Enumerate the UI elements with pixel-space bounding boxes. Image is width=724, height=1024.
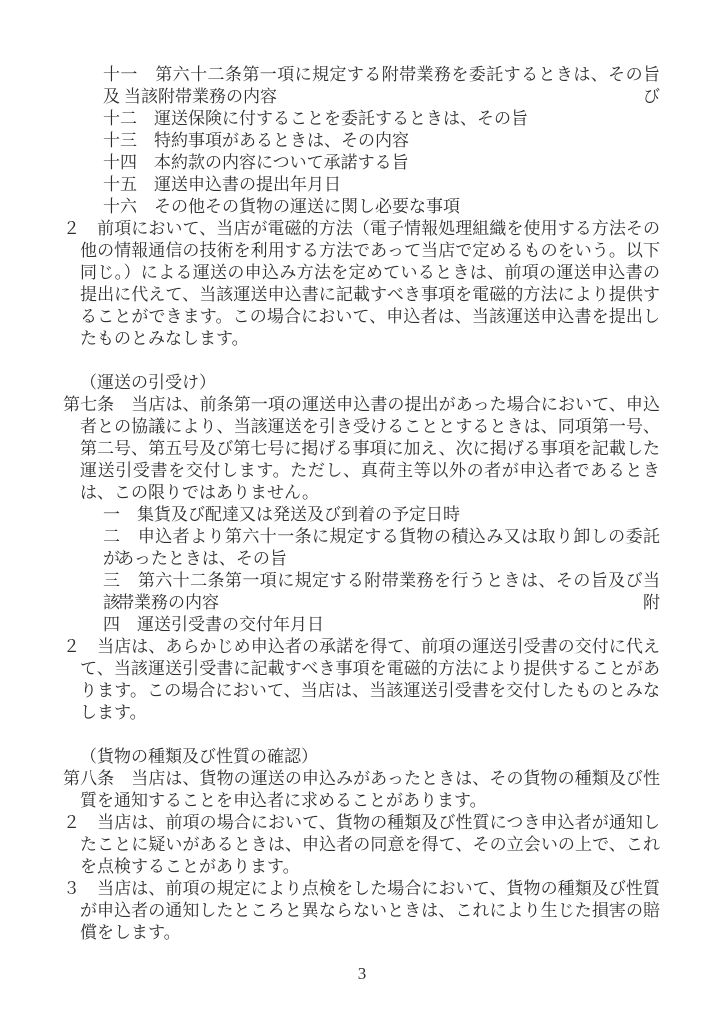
text-line: ２ 前項において、当店が電磁的方法（電子情報処理組織を使用する方法その: [63, 218, 660, 240]
text-line: 運送引受書を交付します。ただし、真荷主等以外の者が申込者であるとき: [63, 460, 660, 482]
document-body: 十一 第六十二条第一項に規定する附帯業務を委託するときは、その旨及び当該附帯業務…: [63, 64, 660, 944]
text-line: 償をします。: [63, 922, 660, 944]
text-line: たことに疑いがあるときは、申込者の同意を得て、その立会いの上で、これ: [63, 834, 660, 856]
text-line: 三 第六十二条第一項に規定する附帯業務を行うときは、その旨及び当該附: [63, 570, 660, 592]
blank-line: [63, 350, 660, 372]
text-line: します。: [63, 702, 660, 724]
text-line: 十四 本約款の内容について承諾する旨: [63, 152, 660, 174]
text-line: 第七条 当店は、前条第一項の運送申込書の提出があった場合において、申込: [63, 394, 660, 416]
text-line: 一 集貨及び配達又は発送及び到着の予定日時: [63, 504, 660, 526]
text-line: （貨物の種類及び性質の確認）: [63, 746, 660, 768]
text-line: あったときは、その旨: [63, 548, 660, 570]
text-line: ２ 当店は、あらかじめ申込者の承諾を得て、前項の運送引受書の交付に代え: [63, 636, 660, 658]
text-line: 四 運送引受書の交付年月日: [63, 614, 660, 636]
text-line: 二 申込者より第六十一条に規定する貨物の積込み又は取り卸しの委託が: [63, 526, 660, 548]
text-line: ３ 当店は、前項の規定により点検をした場合において、貨物の種類及び性質: [63, 878, 660, 900]
page-number: 3: [0, 963, 724, 985]
text-line: て、当該運送引受書に記載すべき事項を電磁的方法により提供することがあ: [63, 658, 660, 680]
text-line: 十五 運送申込書の提出年月日: [63, 174, 660, 196]
text-line: ります。この場合において、当店は、当該運送引受書を交付したものとみな: [63, 680, 660, 702]
text-line: 質を通知することを申込者に求めることがあります。: [63, 790, 660, 812]
text-line: 提出に代えて、当該運送申込書に記載すべき事項を電磁的方法により提供す: [63, 284, 660, 306]
text-line: 十一 第六十二条第一項に規定する附帯業務を委託するときは、その旨及び: [63, 64, 660, 86]
text-line: ２ 当店は、前項の場合において、貨物の種類及び性質につき申込者が通知し: [63, 812, 660, 834]
text-line: 第二号、第五号及び第七号に掲げる事項に加え、次に掲げる事項を記載した: [63, 438, 660, 460]
text-line: を点検することがあります。: [63, 856, 660, 878]
text-line: （運送の引受け）: [63, 372, 660, 394]
text-line: 十六 その他その貨物の運送に関し必要な事項: [63, 196, 660, 218]
text-line: ることができます。この場合において、申込者は、当該運送申込書を提出し: [63, 306, 660, 328]
text-line: たものとみなします。: [63, 328, 660, 350]
text-line: 十二 運送保険に付することを委託するときは、その旨: [63, 108, 660, 130]
text-line: 同じ。）による運送の申込み方法を定めているときは、前項の運送申込書の: [63, 262, 660, 284]
document-page: 十一 第六十二条第一項に規定する附帯業務を委託するときは、その旨及び当該附帯業務…: [0, 0, 724, 1024]
text-line: 十三 特約事項があるときは、その内容: [63, 130, 660, 152]
text-line: は、この限りではありません。: [63, 482, 660, 504]
blank-line: [63, 724, 660, 746]
text-line: が申込者の通知したところと異ならないときは、これにより生じた損害の賠: [63, 900, 660, 922]
text-line: 他の情報通信の技術を利用する方法であって当店で定めるものをいう。以下: [63, 240, 660, 262]
text-line: 者との協議により、当該運送を引き受けることとするときは、同項第一号、: [63, 416, 660, 438]
text-line: 第八条 当店は、貨物の運送の申込みがあったときは、その貨物の種類及び性: [63, 768, 660, 790]
